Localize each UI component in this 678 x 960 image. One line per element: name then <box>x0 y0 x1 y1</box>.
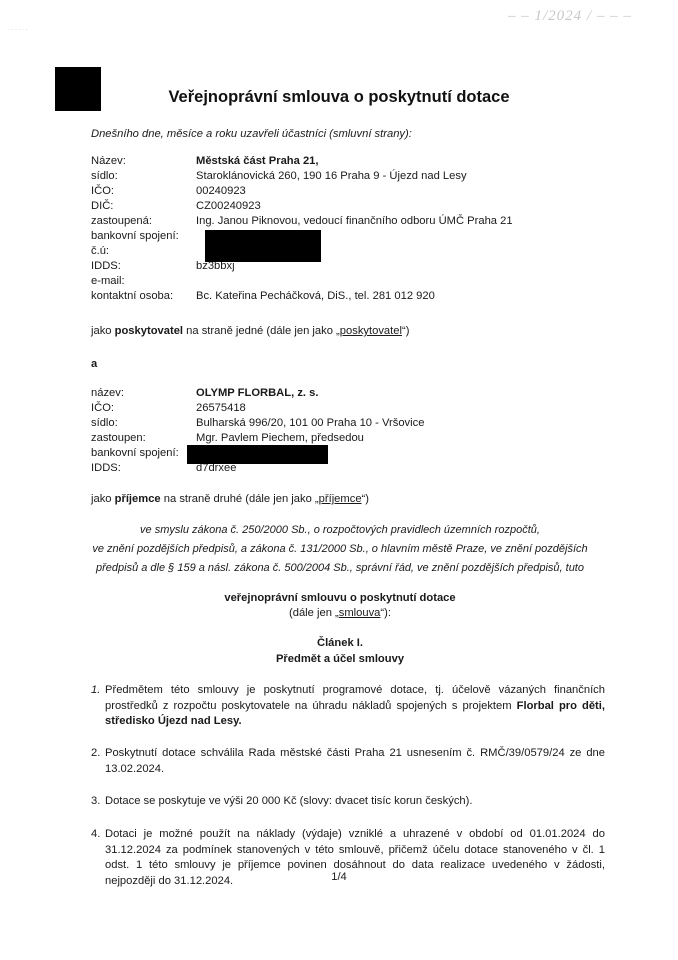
contract-name: veřejnoprávní smlouvu o poskytnutí dotac… <box>80 591 600 606</box>
provider-role: jako poskytovatel na straně jedné (dále … <box>91 325 409 337</box>
faded-stamp: · · · · · · <box>8 26 52 35</box>
document-title: Veřejnoprávní smlouva o poskytnutí dotac… <box>0 88 678 107</box>
provider-row-ico: IČO:00240923 <box>91 184 513 199</box>
recipient-row-name: název:OLYMP FLORBAL, z. s. <box>91 386 424 401</box>
legal-basis: ve smyslu zákona č. 250/2000 Sb., o rozp… <box>80 521 600 578</box>
article-heading: Předmět a účel smlouvy <box>80 652 600 667</box>
provider-row-dic: DIČ:CZ00240923 <box>91 199 513 214</box>
recipient-row-representative: zastoupen:Mgr. Pavlem Piechem, předsedou <box>91 431 424 446</box>
contract-short-name: (dále jen „smlouva“): <box>80 606 600 621</box>
recipient-role: jako příjemce na straně druhé (dále jen … <box>91 493 369 505</box>
page-number: 1/4 <box>0 871 678 883</box>
provider-row-representative: zastoupená:Ing. Janou Piknovou, vedoucí … <box>91 214 513 229</box>
provider-details: Název:Městská část Praha 21, sídlo:Staro… <box>91 154 513 304</box>
recipient-row-ico: IČO:26575418 <box>91 401 424 416</box>
article-number: Článek I. <box>80 636 600 651</box>
redacted-bank-account-recipient <box>187 445 328 464</box>
article-item-2: 2.Poskytnutí dotace schválila Rada městs… <box>91 746 605 777</box>
article-item-1: 1.Předmětem této smlouvy je poskytnutí p… <box>91 683 605 730</box>
provider-row-contact: kontaktní osoba:Bc. Kateřina Pecháčková,… <box>91 289 513 304</box>
recipient-row-address: sídlo:Bulharská 996/20, 101 00 Praha 10 … <box>91 416 424 431</box>
provider-row-email: e-mail: <box>91 274 513 289</box>
registry-stamp: – – 1/2024 / – – – <box>508 8 632 25</box>
provider-row-name: Název:Městská část Praha 21, <box>91 154 513 169</box>
conjunction: a <box>91 358 97 370</box>
provider-row-address: sídlo:Staroklánovická 260, 190 16 Praha … <box>91 169 513 184</box>
redacted-bank-account <box>205 230 321 262</box>
intro-text: Dnešního dne, měsíce a roku uzavřeli úča… <box>91 128 412 140</box>
article-item-3: 3.Dotace se poskytuje ve výši 20 000 Kč … <box>91 794 605 810</box>
